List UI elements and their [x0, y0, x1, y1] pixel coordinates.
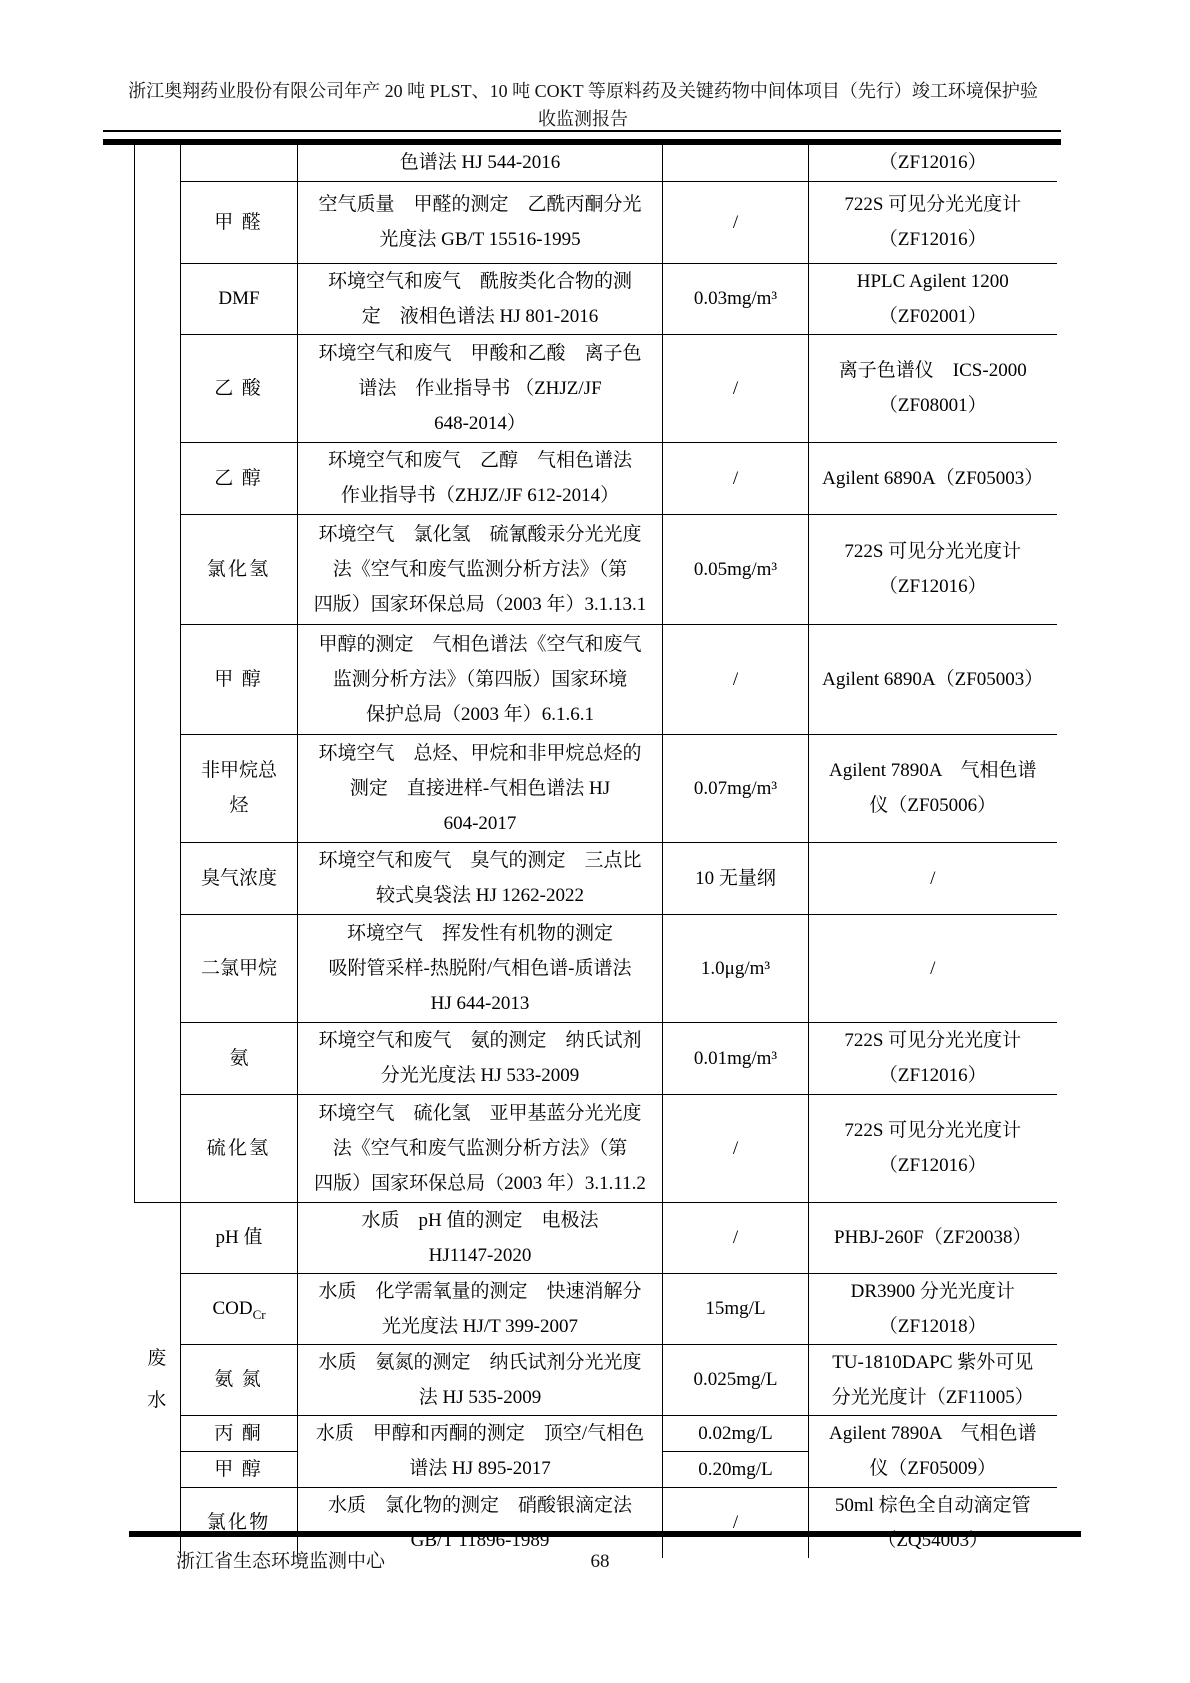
pollutant-cell: 非甲烷总 烃: [181, 734, 298, 842]
instrument-cell: 722S 可见分光光度计 （ZF12016）: [809, 1022, 1057, 1094]
method-cell: 水质 甲醇和丙酮的测定 顶空/气相色 谱法 HJ 895-2017: [298, 1415, 663, 1487]
method-cell: 环境空气 挥发性有机物的测定 吸附管采样-热脱附/气相色谱-质谱法 HJ 644…: [298, 914, 663, 1022]
table-row: 乙醇 环境空气和废气 乙醇 气相色谱法 作业指导书（ZHJZ/JF 612-20…: [135, 442, 1057, 514]
table-row: 甲醇 甲醇的测定 气相色谱法《空气和废气 监测分析方法》（第四版）国家环境 保护…: [135, 624, 1057, 734]
table-row: 臭气浓度 环境空气和废气 臭气的测定 三点比 较式臭袋法 HJ 1262-202…: [135, 842, 1057, 914]
limit-cell: 15mg/L: [663, 1273, 809, 1344]
method-cell: 水质 氯化物的测定 硝酸银滴定法 GB/T 11896-1989: [298, 1487, 663, 1558]
pollutant-cell: pH 值: [181, 1202, 298, 1273]
pollutant-cell: 乙酸: [181, 334, 298, 442]
instrument-cell: /: [809, 842, 1057, 914]
pollutant-cell: 氨: [181, 1022, 298, 1094]
method-cell: 环境空气和废气 甲酸和乙酸 离子色 谱法 作业指导书 （ZHJZ/JF 648-…: [298, 334, 663, 442]
category-cell-waste-water: 废 水: [135, 1202, 181, 1558]
limit-cell: /: [663, 334, 809, 442]
pollutant-cell: 丙酮: [181, 1415, 298, 1451]
method-cell: 环境空气和废气 乙醇 气相色谱法 作业指导书（ZHJZ/JF 612-2014）: [298, 442, 663, 514]
method-cell: 环境空气和废气 臭气的测定 三点比 较式臭袋法 HJ 1262-2022: [298, 842, 663, 914]
pollutant-cell: 氯化物: [181, 1487, 298, 1558]
limit-cell: /: [663, 442, 809, 514]
pollutant-cell: 硫化氢: [181, 1094, 298, 1202]
table-row: 非甲烷总 烃 环境空气 总烃、甲烷和非甲烷总烃的 测定 直接进样-气相色谱法 H…: [135, 734, 1057, 842]
instrument-cell: Agilent 6890A（ZF05003）: [809, 624, 1057, 734]
instrument-cell: 离子色谱仪 ICS-2000 （ZF08001）: [809, 334, 1057, 442]
table-row: 乙酸 环境空气和废气 甲酸和乙酸 离子色 谱法 作业指导书 （ZHJZ/JF 6…: [135, 334, 1057, 442]
header-line-1: 浙江奥翔药业股份有限公司年产 20 吨 PLST、10 吨 COKT 等原料药及…: [92, 77, 1074, 105]
method-cell: 环境空气 总烃、甲烷和非甲烷总烃的 测定 直接进样-气相色谱法 HJ 604-2…: [298, 734, 663, 842]
table-row: 硫化氢 环境空气 硫化氢 亚甲基蓝分光光度 法《空气和废气监测分析方法》（第 四…: [135, 1094, 1057, 1202]
pollutant-cell: 臭气浓度: [181, 842, 298, 914]
instrument-cell: 50ml 棕色全自动滴定管 （ZQ54003）: [809, 1487, 1057, 1558]
instrument-cell: TU-1810DAPC 紫外可见 分光光度计（ZF11005）: [809, 1344, 1057, 1415]
instrument-cell: 722S 可见分光光度计 （ZF12016）: [809, 1094, 1057, 1202]
page-header: 浙江奥翔药业股份有限公司年产 20 吨 PLST、10 吨 COKT 等原料药及…: [92, 77, 1074, 133]
method-cell: 环境空气和废气 氨的测定 纳氏试剂 分光光度法 HJ 533-2009: [298, 1022, 663, 1094]
method-cell: 环境空气 氯化氢 硫氰酸汞分光光度 法《空气和废气监测分析方法》（第 四版）国家…: [298, 514, 663, 624]
table-row: 丙酮 水质 甲醇和丙酮的测定 顶空/气相色 谱法 HJ 895-2017 0.0…: [135, 1415, 1057, 1451]
method-cell: 色谱法 HJ 544-2016: [298, 145, 663, 181]
method-cell: 甲醇的测定 气相色谱法《空气和废气 监测分析方法》（第四版）国家环境 保护总局（…: [298, 624, 663, 734]
instrument-cell: 722S 可见分光光度计 （ZF12016）: [809, 181, 1057, 263]
pollutant-cell: 二氯甲烷: [181, 914, 298, 1022]
table-row: 二氯甲烷 环境空气 挥发性有机物的测定 吸附管采样-热脱附/气相色谱-质谱法 H…: [135, 914, 1057, 1022]
table-row: 甲醛 空气质量 甲醛的测定 乙酰丙酮分光 光度法 GB/T 15516-1995…: [135, 181, 1057, 263]
instrument-cell: Agilent 7890A 气相色谱 仪（ZF05009）: [809, 1415, 1057, 1487]
table-row: 色谱法 HJ 544-2016 （ZF12016）: [135, 145, 1057, 181]
pollutant-subscript: Cr: [253, 1307, 266, 1322]
limit-cell: /: [663, 1094, 809, 1202]
pollutant-cell: 甲醇: [181, 1451, 298, 1487]
header-line-2: 收监测报告: [92, 105, 1074, 133]
page: 浙江奥翔药业股份有限公司年产 20 吨 PLST、10 吨 COKT 等原料药及…: [0, 0, 1190, 1683]
header-rule-thin: [103, 130, 1061, 132]
pollutant-cell: 甲醇: [181, 624, 298, 734]
limit-cell: 10 无量纲: [663, 842, 809, 914]
instrument-cell: 722S 可见分光光度计 （ZF12016）: [809, 514, 1057, 624]
pollutant-cell: [181, 145, 298, 181]
method-cell: 空气质量 甲醛的测定 乙酰丙酮分光 光度法 GB/T 15516-1995: [298, 181, 663, 263]
limit-cell: 0.025mg/L: [663, 1344, 809, 1415]
instrument-cell: Agilent 7890A 气相色谱 仪（ZF05006）: [809, 734, 1057, 842]
table-row: 氯化物 水质 氯化物的测定 硝酸银滴定法 GB/T 11896-1989 / 5…: [135, 1487, 1057, 1558]
method-cell: 环境空气和废气 酰胺类化合物的测 定 液相色谱法 HJ 801-2016: [298, 263, 663, 334]
limit-cell: [663, 145, 809, 181]
table-row: 废 水 pH 值 水质 pH 值的测定 电极法 HJ1147-2020 / PH…: [135, 1202, 1057, 1273]
instrument-cell: Agilent 6890A（ZF05003）: [809, 442, 1057, 514]
method-cell: 水质 化学需氧量的测定 快速消解分 光光度法 HJ/T 399-2007: [298, 1273, 663, 1344]
table-row: CODCr 水质 化学需氧量的测定 快速消解分 光光度法 HJ/T 399-20…: [135, 1273, 1057, 1344]
limit-cell: /: [663, 181, 809, 263]
limit-cell: 0.01mg/m³: [663, 1022, 809, 1094]
instrument-cell: /: [809, 914, 1057, 1022]
method-cell: 环境空气 硫化氢 亚甲基蓝分光光度 法《空气和废气监测分析方法》（第 四版）国家…: [298, 1094, 663, 1202]
method-cell: 水质 氨氮的测定 纳氏试剂分光光度 法 HJ 535-2009: [298, 1344, 663, 1415]
table-bottom-rule: [129, 1531, 1081, 1537]
monitoring-methods-table: 色谱法 HJ 544-2016 （ZF12016） 甲醛 空气质量 甲醛的测定 …: [134, 145, 1057, 1558]
limit-cell: 0.03mg/m³: [663, 263, 809, 334]
pollutant-cell: 氯化氢: [181, 514, 298, 624]
limit-cell: /: [663, 624, 809, 734]
table-row: 氯化氢 环境空气 氯化氢 硫氰酸汞分光光度 法《空气和废气监测分析方法》（第 四…: [135, 514, 1057, 624]
pollutant-cell: 乙醇: [181, 442, 298, 514]
limit-cell: 0.07mg/m³: [663, 734, 809, 842]
limit-cell: 0.20mg/L: [663, 1451, 809, 1487]
instrument-cell: HPLC Agilent 1200 （ZF02001）: [809, 263, 1057, 334]
instrument-cell: DR3900 分光光度计 （ZF12018）: [809, 1273, 1057, 1344]
table-row: 氨 环境空气和废气 氨的测定 纳氏试剂 分光光度法 HJ 533-2009 0.…: [135, 1022, 1057, 1094]
table-row: DMF 环境空气和废气 酰胺类化合物的测 定 液相色谱法 HJ 801-2016…: [135, 263, 1057, 334]
pollutant-label: COD: [212, 1298, 252, 1319]
instrument-cell: PHBJ-260F（ZF20038）: [809, 1202, 1057, 1273]
page-number: 68: [540, 1548, 660, 1576]
pollutant-cell: 氨氮: [181, 1344, 298, 1415]
limit-cell: 0.05mg/m³: [663, 514, 809, 624]
limit-cell: 1.0μg/m³: [663, 914, 809, 1022]
pollutant-cell: CODCr: [181, 1273, 298, 1344]
footer-org: 浙江省生态环境监测中心: [176, 1548, 385, 1576]
category-cell-waste-gas: [135, 145, 181, 1202]
pollutant-cell: DMF: [181, 263, 298, 334]
instrument-cell: （ZF12016）: [809, 145, 1057, 181]
limit-cell: /: [663, 1202, 809, 1273]
limit-cell: /: [663, 1487, 809, 1558]
limit-cell: 0.02mg/L: [663, 1415, 809, 1451]
table-row: 氨氮 水质 氨氮的测定 纳氏试剂分光光度 法 HJ 535-2009 0.025…: [135, 1344, 1057, 1415]
pollutant-cell: 甲醛: [181, 181, 298, 263]
method-cell: 水质 pH 值的测定 电极法 HJ1147-2020: [298, 1202, 663, 1273]
